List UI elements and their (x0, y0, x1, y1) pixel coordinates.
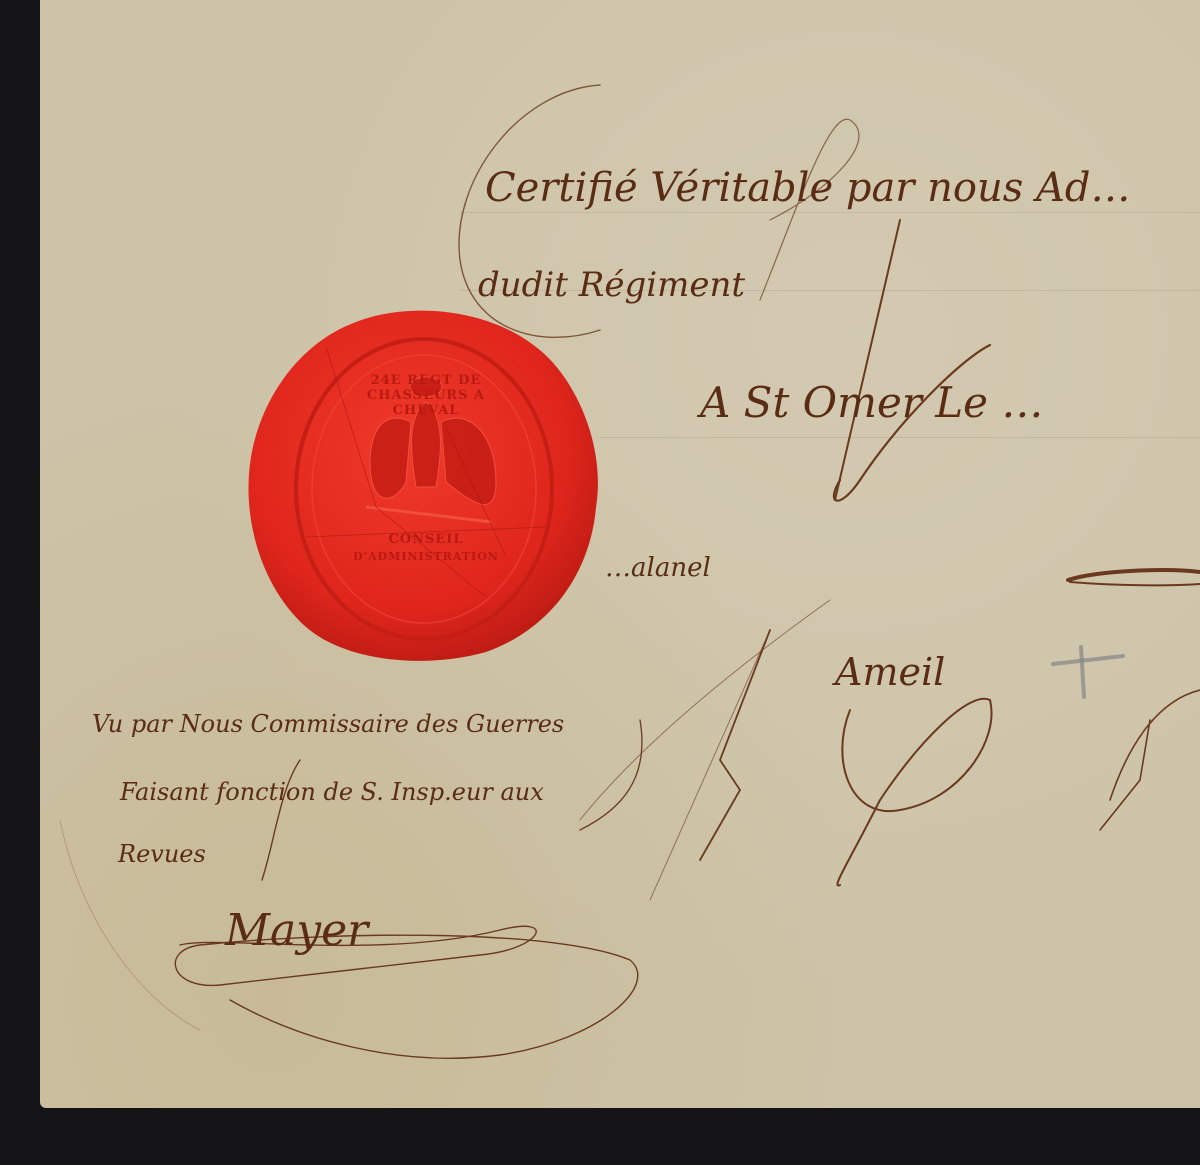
visa-line-3: Revues (118, 840, 206, 868)
signature-ameil: Ameil (835, 650, 945, 694)
seal-legend-top: 24E REGT DE CHASSEURS A CHEVAL (336, 373, 516, 418)
visa-line-2: Faisant fonction de S. Insp.eur aux (120, 778, 544, 806)
wax-seal: 24E REGT DE CHASSEURS A CHEVAL CONSEIL D… (246, 307, 602, 665)
pencil-cross-icon (1048, 642, 1128, 702)
text-fragment: …alanel (605, 553, 711, 583)
seal-legend-administration: D'ADMINISTRATION (316, 550, 536, 563)
place-date-line: A St Omer Le … (700, 378, 1043, 427)
visa-line-1: Vu par Nous Commissaire des Guerres (92, 710, 564, 738)
seal-legend-conseil: CONSEIL (326, 532, 526, 547)
pencil-cross-mark (1048, 642, 1128, 702)
seal-shape (246, 307, 602, 665)
certification-line: Certifié Véritable par nous Ad… (485, 165, 1130, 211)
signature-mayer: Mayer (225, 905, 368, 956)
regiment-line: dudit Régiment (478, 265, 745, 305)
